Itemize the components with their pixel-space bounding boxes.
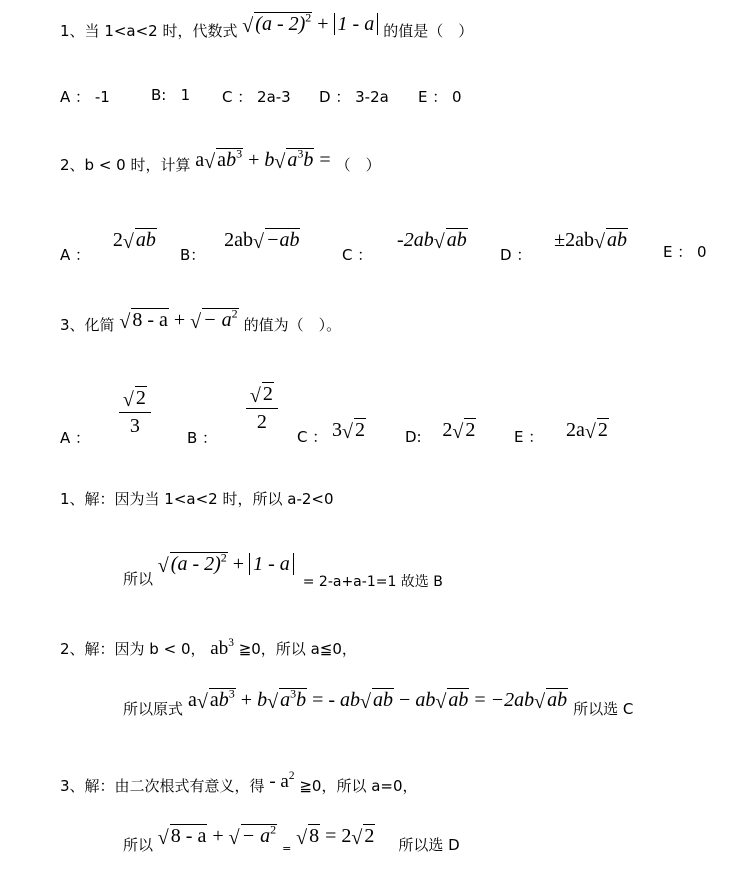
math-expression: a√ab3 + b√a3b = xyxy=(195,149,335,171)
question-number: 3、 xyxy=(60,316,85,334)
q1-option-c: C ： 2a-3 xyxy=(222,86,291,107)
radical-sign-icon: √ xyxy=(274,151,285,174)
radical-sign-icon: √ xyxy=(435,691,446,714)
q2-option-b: B： 2ab√−ab xyxy=(180,228,300,252)
radical-sign-icon: √ xyxy=(197,691,208,714)
question-suffix: 的值是（ ） xyxy=(383,22,473,40)
radical-sign-icon: √ xyxy=(158,555,169,578)
solution-2-line-1: 2、解：因为 b < 0， ab3 ≧0，所以 a≦0， xyxy=(60,638,357,660)
radical-sign-icon: √ xyxy=(585,421,596,444)
q3-option-e: E ： 2a√2 xyxy=(514,418,609,442)
math-expression: √8 - a + √− a2 xyxy=(119,309,243,331)
question-suffix: （ ） xyxy=(336,156,381,174)
q1-option-e: E ： 0 xyxy=(418,86,462,107)
radical-sign-icon: √ xyxy=(250,385,261,408)
absolute-value: 1 - a xyxy=(334,13,379,35)
q2-option-c: C ： -2ab√ab xyxy=(342,228,468,252)
solution-1-line-2: 所以 √(a - 2)2 + 1 - a = 2-a+a-1=1 故选 B xyxy=(123,558,443,582)
q3-option-a: A ： √23 xyxy=(60,390,151,442)
question-prefix: b < 0 时，计算 xyxy=(85,156,191,174)
math-expression: √(a - 2)2 + 1 - a xyxy=(242,13,383,35)
radical-sign-icon: √ xyxy=(296,827,307,850)
q2-option-e: E ： 0 xyxy=(663,241,707,262)
radical-sign-icon: √ xyxy=(242,15,253,38)
solution-2-line-2: 所以原式 a√ab3 + b√a3b = - ab√ab − ab√ab = −… xyxy=(123,690,633,714)
q1-option-a: A ： -1 xyxy=(60,86,110,107)
radical-sign-icon: √ xyxy=(267,691,278,714)
q1-option-d: D ： 3-2a xyxy=(319,86,389,107)
radical-sign-icon: √ xyxy=(123,389,134,412)
question-suffix: 的值为（ ）。 xyxy=(244,316,342,334)
sqrt-expression: √a3b xyxy=(274,148,314,172)
question-1: 1、当 1<a<2 时，代数式 √(a - 2)2 + 1 - a 的值是（ ） xyxy=(60,18,473,52)
question-3: 3、化简 √8 - a + √− a2 的值为（ ）。 xyxy=(60,312,341,336)
question-prefix: 当 1<a<2 时，代数式 xyxy=(85,22,238,40)
radical-sign-icon: √ xyxy=(452,421,463,444)
q3-option-c: C ： 3√2 xyxy=(297,418,366,442)
radical-sign-icon: √ xyxy=(534,691,545,714)
q2-option-a: A ： 2√ab xyxy=(60,228,157,252)
solution-3-line-1: 3、解：由二次根式有意义，得 - a2 ≧0，所以 a=0， xyxy=(60,775,418,797)
q2-option-d: D ： ±2ab√ab xyxy=(500,228,628,252)
radical-sign-icon: √ xyxy=(190,311,201,334)
radical-sign-icon: √ xyxy=(594,231,605,254)
radical-sign-icon: √ xyxy=(342,421,353,444)
solution-3-line-2: 所以 √8 - a + √− a2 = √8 = 2√2 所以选 D xyxy=(123,826,460,850)
question-number: 1、 xyxy=(60,22,85,40)
radical-sign-icon: √ xyxy=(253,231,264,254)
radical-sign-icon: √ xyxy=(351,827,362,850)
radical-sign-icon: √ xyxy=(360,691,371,714)
question-prefix: 化简 xyxy=(85,316,115,334)
radical-sign-icon: √ xyxy=(119,311,130,334)
sqrt-expression: √ab3 xyxy=(204,148,243,172)
radical-sign-icon: √ xyxy=(123,231,134,254)
sqrt-expression: √(a - 2)2 xyxy=(242,12,312,36)
q3-option-d: D: 2√2 xyxy=(405,418,476,442)
q3-option-b: B ： √22 xyxy=(187,390,278,442)
radical-sign-icon: √ xyxy=(229,827,240,850)
solution-1-line-1: 1、解：因为当 1<a<2 时，所以 a-2<0 xyxy=(60,488,334,509)
radical-sign-icon: √ xyxy=(434,231,445,254)
radical-sign-icon: √ xyxy=(204,151,215,174)
radical-sign-icon: √ xyxy=(158,827,169,850)
q1-option-b: B: 1 xyxy=(151,86,190,104)
question-number: 2、 xyxy=(60,156,85,174)
question-2: 2、b < 0 时，计算 a√ab3 + b√a3b = （ ） xyxy=(60,152,381,176)
absolute-value: 1 - a xyxy=(249,553,294,575)
